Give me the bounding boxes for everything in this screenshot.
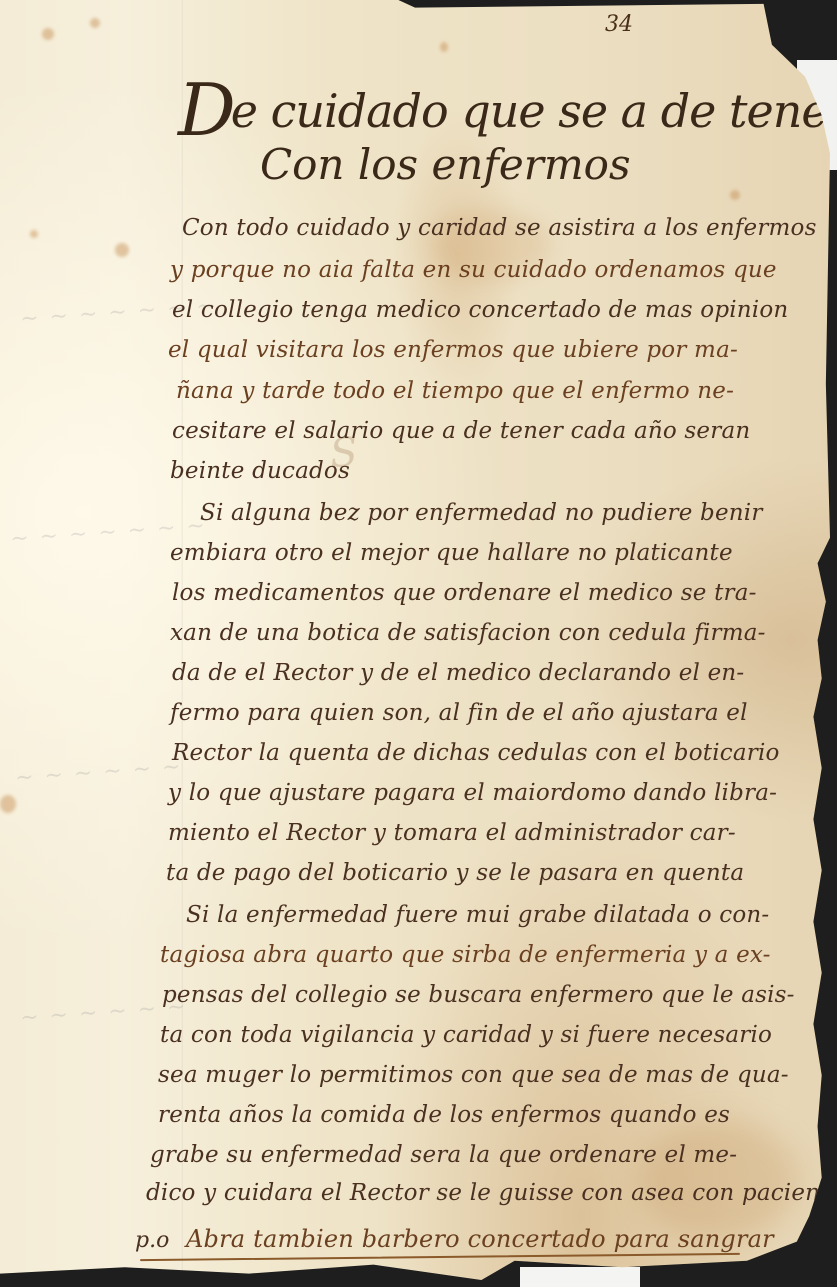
body-line: el collegio tenga medico concertado de m… <box>172 297 788 323</box>
heading-line-1: De cuidado que se a de tener <box>178 60 837 144</box>
foxing-stain <box>440 42 448 52</box>
body-line: y lo que ajustare pagara el maiordomo da… <box>168 780 777 806</box>
foxing-stain <box>730 190 740 200</box>
body-line: xan de una botica de satisfacion con ced… <box>170 620 766 646</box>
body-line: el qual visitara los enfermos que ubiere… <box>168 337 738 363</box>
body-line: los medicamentos que ordenare el medico … <box>172 580 757 606</box>
body-line: tagiosa abra quarto que sirba de enferme… <box>160 942 771 968</box>
body-line: sea muger lo permitimos con que sea de m… <box>158 1062 789 1088</box>
body-line: ta con toda vigilancia y caridad y si fu… <box>160 1022 772 1048</box>
foxing-stain <box>30 230 38 238</box>
manuscript-scan: ~ ~ ~ ~ ~ ~ ~ ~ ~ ~ ~ ~ ~ ~ ~ ~ ~ ~ ~ ~ … <box>0 0 837 1287</box>
closing-rule <box>140 1253 740 1261</box>
foxing-stain <box>115 243 129 257</box>
foxing-stain <box>42 28 54 40</box>
scan-backing-bottom <box>520 1267 640 1287</box>
bleed-through-text: ~ ~ ~ ~ ~ ~ <box>14 754 183 791</box>
decorated-initial: D <box>178 68 235 152</box>
body-line: y porque no aia falta en su cuidado orde… <box>170 257 777 283</box>
body-line: da de el Rector y de el medico declarand… <box>172 660 744 686</box>
paragraph-start: Si la enfermedad fuere mui grabe dilatad… <box>186 902 769 928</box>
body-line: Rector la quenta de dichas cedulas con e… <box>172 740 780 766</box>
body-line: renta años la comida de los enfermos qua… <box>158 1102 730 1128</box>
body-line: pensas del collegio se buscara enfermero… <box>162 982 795 1008</box>
folio-number: 34 <box>605 12 633 37</box>
body-line: cesitare el salario que a de tener cada … <box>172 418 750 444</box>
body-line: Con todo cuidado y caridad se asistira a… <box>182 215 817 241</box>
body-line: ñana y tarde todo el tiempo que el enfer… <box>176 378 734 404</box>
foxing-stain <box>0 795 16 813</box>
body-line: embiara otro el mejor que hallare no pla… <box>170 540 733 566</box>
manuscript-page: ~ ~ ~ ~ ~ ~ ~ ~ ~ ~ ~ ~ ~ ~ ~ ~ ~ ~ ~ ~ … <box>0 0 830 1280</box>
body-line: dico y cuidara el Rector se le guisse co… <box>146 1180 828 1206</box>
heading-line-1-text: e cuidado que se a de tener <box>231 84 837 138</box>
paragraph-start: Si alguna bez por enfermedad no pudiere … <box>200 500 763 526</box>
paragraph-start: Abra tambien barbero concertado para san… <box>186 1225 774 1253</box>
body-line: beinte ducados <box>170 458 350 484</box>
body-line: fermo para quien son, al fin de el año a… <box>170 700 748 726</box>
body-line: miento el Rector y tomara el administrad… <box>168 820 736 846</box>
margin-note: p.o <box>135 1228 169 1253</box>
body-line: grabe su enfermedad sera la que ordenare… <box>150 1142 737 1168</box>
body-line: ta de pago del boticario y se le pasara … <box>166 860 744 886</box>
heading-line-2: Con los enfermos <box>260 140 631 189</box>
foxing-stain <box>90 18 100 28</box>
